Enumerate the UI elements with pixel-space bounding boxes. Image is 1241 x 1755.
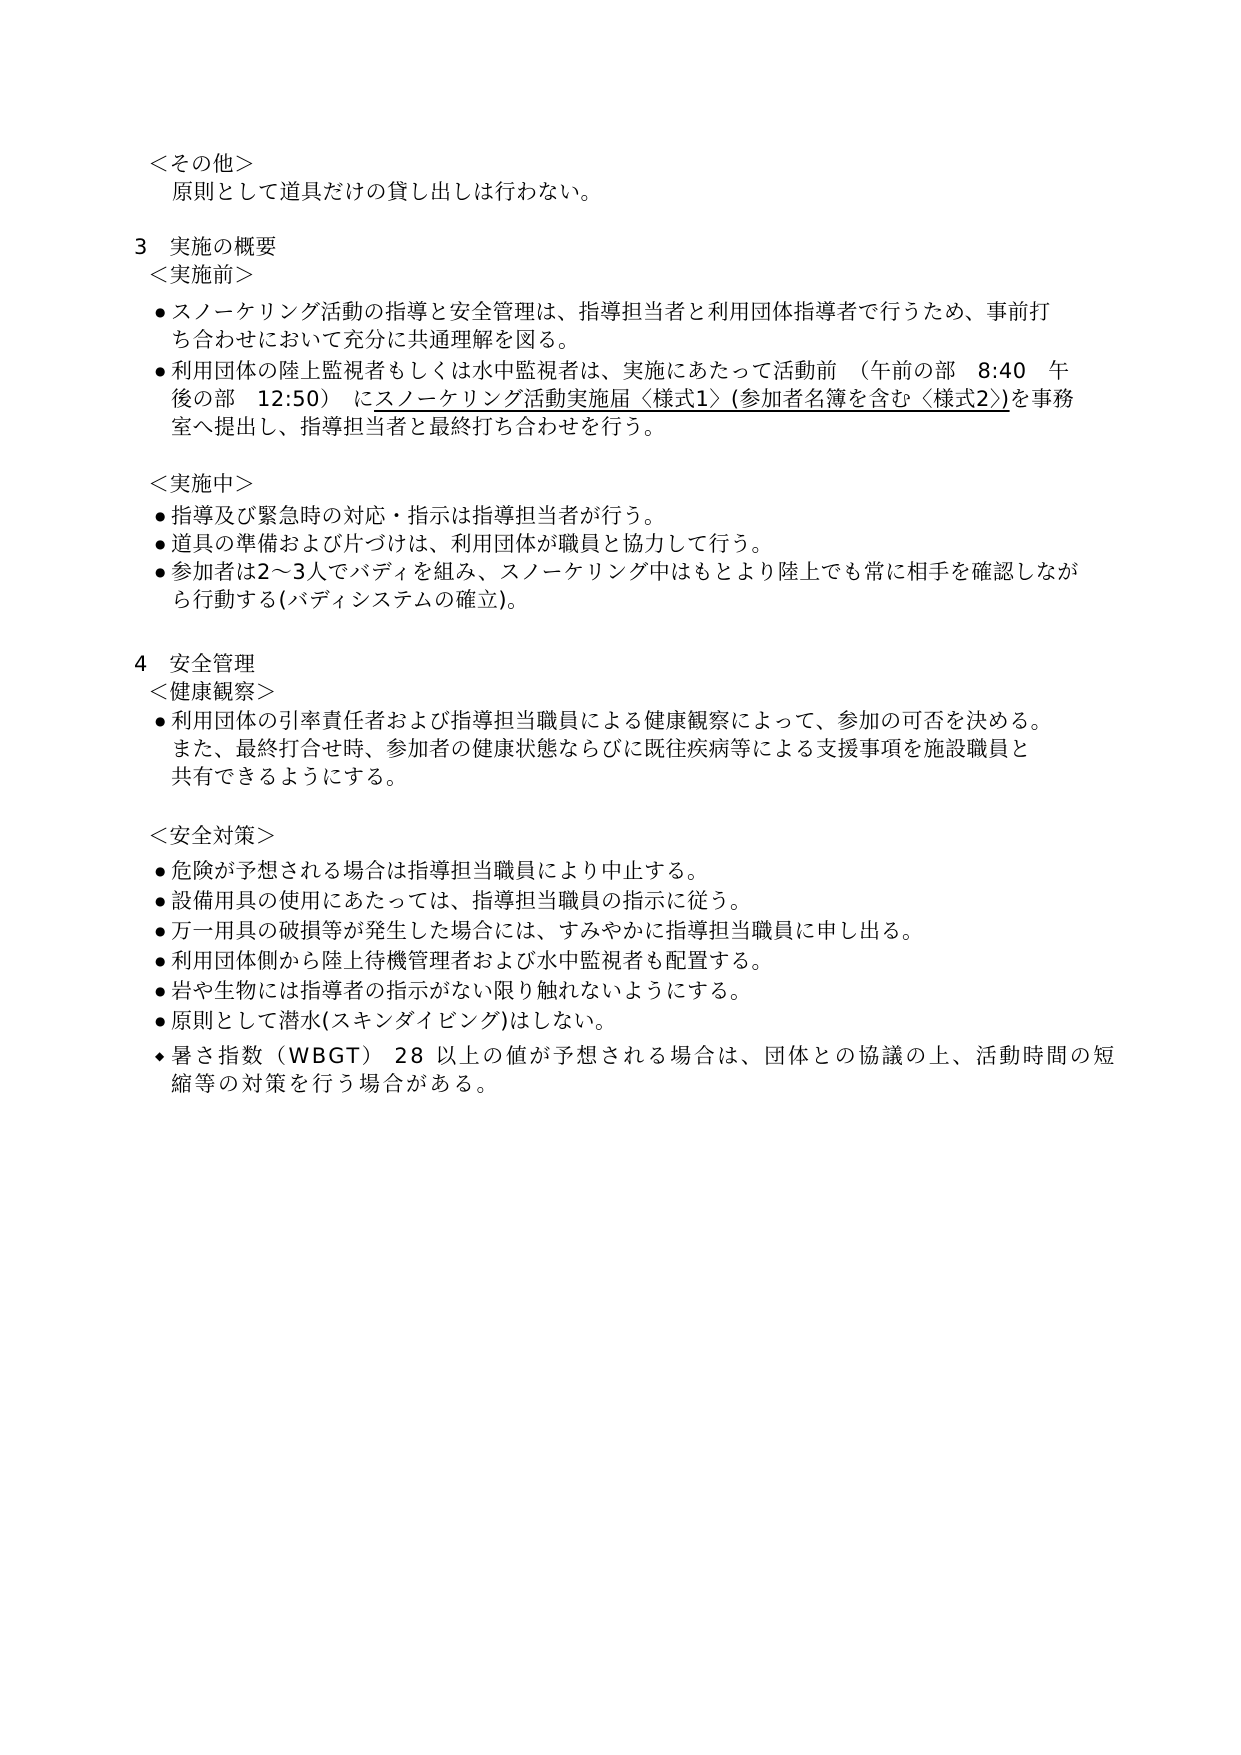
- section-title-4: 4 安全管理: [134, 650, 1241, 678]
- bullet-item: ● 危険が予想される場合は指導担当職員により中止する。: [155, 857, 1241, 885]
- text-line: ち合わせにおいて充分に共通理解を図る。: [171, 326, 1241, 354]
- section-header-health: ＜健康観察＞: [148, 678, 1241, 706]
- section-header-other: ＜その他＞: [148, 150, 1241, 178]
- text-line: 利用団体の陸上監視者もしくは水中監視者は、実施にあたって活動前 （午前の部 8:…: [171, 357, 1241, 385]
- bullet-item: ● 利用団体側から陸上待機管理者および水中監視者も配置する。: [155, 947, 1241, 975]
- bullet-icon: ●: [155, 357, 171, 441]
- bullet-icon: ●: [155, 977, 171, 1005]
- bullet-item: ● 道具の準備および片づけは、利用団体が職員と協力して行う。: [155, 530, 1241, 558]
- bullet-icon: ●: [155, 707, 171, 791]
- bullet-item: ● 万一用具の破損等が発生した場合には、すみやかに指導担当職員に申し出る。: [155, 917, 1241, 945]
- bullet-item: ● 利用団体の陸上監視者もしくは水中監視者は、実施にあたって活動前 （午前の部 …: [155, 357, 1241, 441]
- section-header-before: ＜実施前＞: [148, 261, 1241, 289]
- text-line: 室へ提出し、指導担当者と最終打ち合わせを行う。: [171, 413, 1241, 441]
- text-line: ら行動する(バディシステムの確立)。: [171, 586, 1241, 614]
- text-line: 共有できるようにする。: [171, 763, 1241, 791]
- text-segment: 後の部 12:50） に: [171, 387, 374, 411]
- bullet-icon: ●: [155, 887, 171, 915]
- bullet-icon: ●: [155, 298, 171, 354]
- other-body-line: 原則として道具だけの貸し出しは行わない。: [172, 178, 1241, 206]
- text-line: 後の部 12:50） にスノーケリング活動実施届〈様式1〉(参加者名簿を含む〈様…: [171, 385, 1241, 413]
- bullet-item: ● 岩や生物には指導者の指示がない限り触れないようにする。: [155, 977, 1241, 1005]
- text-line: 縮等の対策を行う場合がある。: [171, 1070, 1241, 1098]
- text-line: 原則として潜水(スキンダイビング)はしない。: [171, 1007, 1241, 1035]
- diamond-bullet-icon: ◆: [155, 1042, 171, 1098]
- bullet-icon: ●: [155, 947, 171, 975]
- text-line: 設備用具の使用にあたっては、指導担当職員の指示に従う。: [171, 887, 1241, 915]
- text-line: 岩や生物には指導者の指示がない限り触れないようにする。: [171, 977, 1241, 1005]
- underlined-form-reference: スノーケリング活動実施届〈様式1〉(参加者名簿を含む〈様式2〉): [374, 387, 1010, 411]
- bullet-icon: ●: [155, 1007, 171, 1035]
- text-line: 利用団体側から陸上待機管理者および水中監視者も配置する。: [171, 947, 1241, 975]
- bullet-item: ● 利用団体の引率責任者および指導担当職員による健康観察によって、参加の可否を決…: [155, 707, 1241, 791]
- bullet-item-wbgt: ◆ 暑さ指数（WBGT） 28 以上の値が予想される場合は、団体との協議の上、活…: [155, 1042, 1241, 1098]
- bullet-item: ● スノーケリング活動の指導と安全管理は、指導担当者と利用団体指導者で行うため、…: [155, 298, 1241, 354]
- section-title-3: 3 実施の概要: [134, 233, 1241, 261]
- bullet-icon: ●: [155, 502, 171, 530]
- bullet-icon: ●: [155, 917, 171, 945]
- text-line: また、最終打合せ時、参加者の健康状態ならびに既往疾病等による支援事項を施設職員と: [171, 735, 1241, 763]
- text-line: 暑さ指数（WBGT） 28 以上の値が予想される場合は、団体との協議の上、活動時…: [171, 1042, 1241, 1070]
- text-line: 危険が予想される場合は指導担当職員により中止する。: [171, 857, 1241, 885]
- bullet-item: ● 原則として潜水(スキンダイビング)はしない。: [155, 1007, 1241, 1035]
- section-header-measures: ＜安全対策＞: [148, 822, 1241, 850]
- bullet-icon: ●: [155, 857, 171, 885]
- text-line: 万一用具の破損等が発生した場合には、すみやかに指導担当職員に申し出る。: [171, 917, 1241, 945]
- bullet-icon: ●: [155, 530, 171, 558]
- text-line: 利用団体の引率責任者および指導担当職員による健康観察によって、参加の可否を決める…: [171, 707, 1241, 735]
- text-line: 指導及び緊急時の対応・指示は指導担当者が行う。: [171, 502, 1241, 530]
- bullet-item: ● 参加者は2～3人でバディを組み、スノーケリング中はもとより陸上でも常に相手を…: [155, 558, 1241, 614]
- text-line: 道具の準備および片づけは、利用団体が職員と協力して行う。: [171, 530, 1241, 558]
- text-line: スノーケリング活動の指導と安全管理は、指導担当者と利用団体指導者で行うため、事前…: [171, 298, 1241, 326]
- document-page: ＜その他＞ 原則として道具だけの貸し出しは行わない。 3 実施の概要 ＜実施前＞…: [0, 0, 1241, 1098]
- bullet-item: ● 指導及び緊急時の対応・指示は指導担当者が行う。: [155, 502, 1241, 530]
- text-segment: を事務: [1010, 387, 1075, 411]
- text-line: 参加者は2～3人でバディを組み、スノーケリング中はもとより陸上でも常に相手を確認…: [171, 558, 1241, 586]
- bullet-item: ● 設備用具の使用にあたっては、指導担当職員の指示に従う。: [155, 887, 1241, 915]
- bullet-icon: ●: [155, 558, 171, 614]
- section-header-during: ＜実施中＞: [148, 470, 1241, 498]
